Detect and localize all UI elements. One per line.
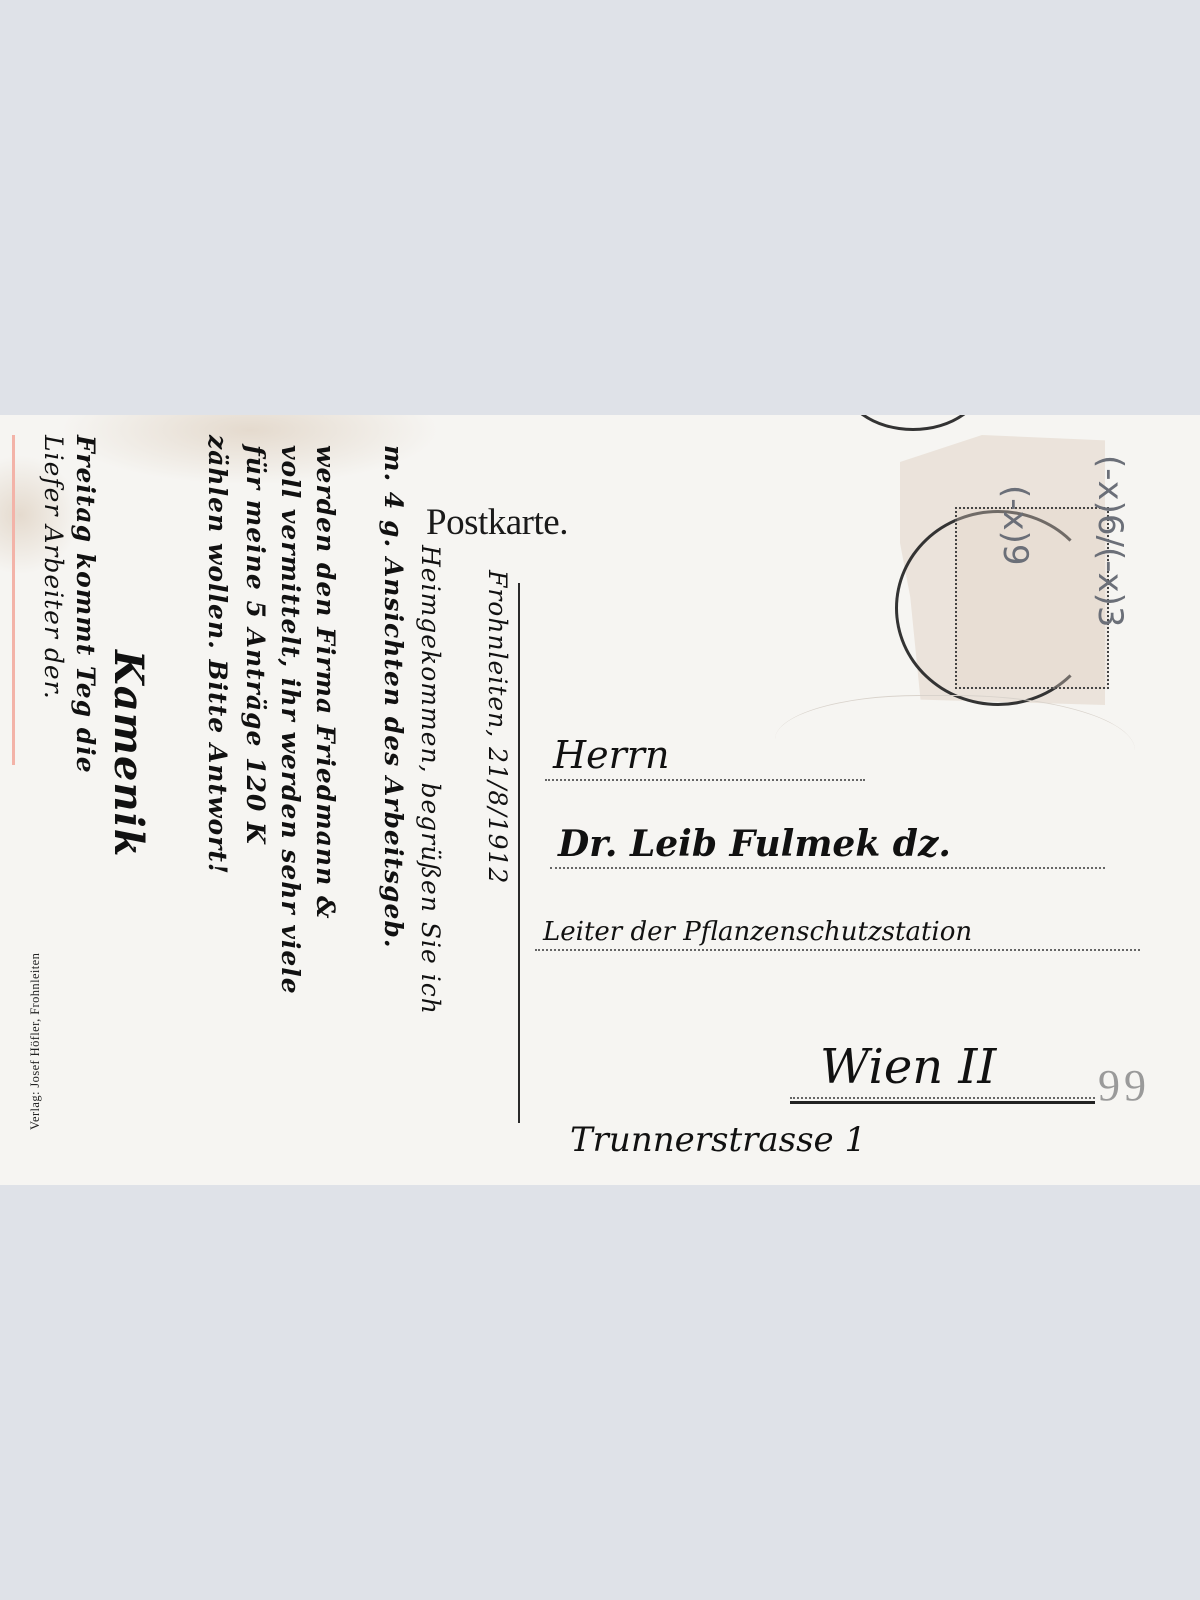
address-name: Dr. Leib Fulmek dz. (558, 823, 951, 865)
postcard: Verlag: Josef Höfler, Frohnleiten Postka… (0, 415, 1200, 1185)
divider-line (518, 583, 520, 1123)
message-line: zählen wollen. Bitte Antwort! (203, 435, 232, 875)
publisher-imprint: Verlag: Josef Höfler, Frohnleiten (28, 953, 43, 1130)
city-underline (790, 1101, 1095, 1104)
message-line: für meine 5 Anträge 120 K (241, 445, 270, 845)
message-line: werden den Firma Friedmann & (311, 445, 340, 920)
stamp-number: 99 (1098, 1060, 1150, 1111)
red-margin-line (12, 435, 15, 765)
message-line: Heimgekommen, begrüßen Sie ich (416, 545, 445, 1015)
message-line: Freitag kommt Teg die (71, 435, 100, 774)
pencil-note: (-x)9 (995, 485, 1035, 566)
pencil-note: (-x)6/(-x)3 (1090, 455, 1130, 628)
address-line: Leiter der Pflanzenschutzstation (535, 905, 1140, 951)
address-city: Wien II (820, 1039, 996, 1095)
address-title: Leiter der Pflanzenschutzstation (543, 917, 972, 947)
signature: Kamenik (105, 650, 152, 857)
address-street: Trunnerstrasse 1 (570, 1120, 866, 1160)
message-line: m. 4 g. Ansichten des Arbeitsgeb. (379, 445, 408, 949)
address-salutation: Herrn (553, 733, 669, 777)
address-line: Wien II (790, 1053, 1095, 1099)
address-line: Dr. Leib Fulmek dz. (550, 823, 1105, 869)
message-line: voll vermittelt, ihr werden sehr viele (276, 445, 305, 995)
message-line: Liefer Arbeiter der. (39, 435, 68, 700)
postcard-title: Postkarte. (426, 501, 568, 544)
address-line: Herrn (545, 735, 865, 781)
postmark (840, 415, 986, 431)
message-line: Frohnleiten, 21/8/1912 (483, 570, 512, 884)
